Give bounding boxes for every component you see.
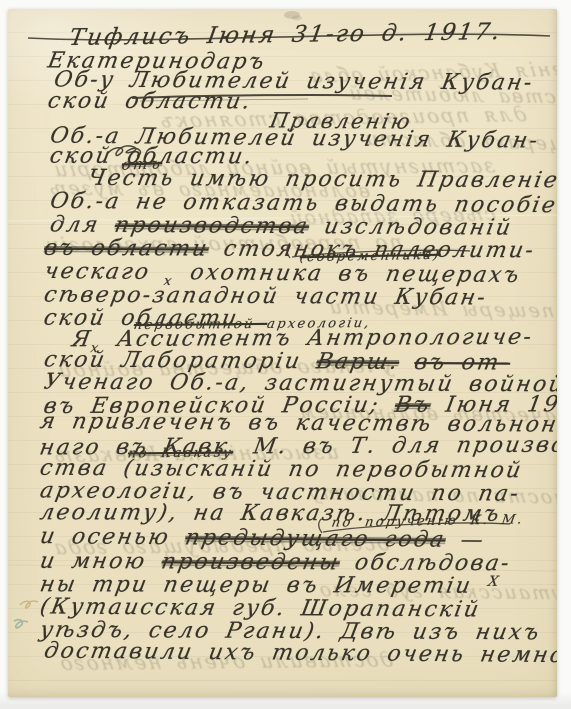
ink-smudge — [292, 16, 302, 21]
date-place-line: Тифлисъ Іюня 31-го д. 1917. — [67, 19, 503, 51]
text-segment: доставили ихъ только очень немного- — [42, 639, 557, 669]
address-line: ской области. — [46, 89, 254, 115]
struck-text: предыдущаго года — [183, 525, 448, 552]
scanned-letter-page: { "letter": { "ink_color": "#39342a", "p… — [0, 0, 571, 709]
margin-mark — [14, 620, 28, 628]
text-segment: Тифлисъ Іюня 31-го д. 1917. — [67, 19, 503, 51]
struck-text: въ области — [42, 236, 211, 262]
text-segment: для — [48, 212, 117, 237]
text-segment: — — [443, 528, 487, 553]
letter-paper: изученія Кубанской облаобщества любителе… — [8, 9, 557, 697]
text-segment: ческаго — [42, 259, 167, 285]
body-line: доставили ихъ только очень немного- — [42, 639, 557, 669]
text-segment: ской области. — [46, 89, 254, 115]
margin-mark — [20, 601, 38, 608]
text-segment: и мною — [38, 549, 164, 575]
ink-smudge — [284, 11, 300, 19]
text-segment: и осенью — [38, 524, 188, 550]
struck-text: произведены — [159, 549, 342, 575]
